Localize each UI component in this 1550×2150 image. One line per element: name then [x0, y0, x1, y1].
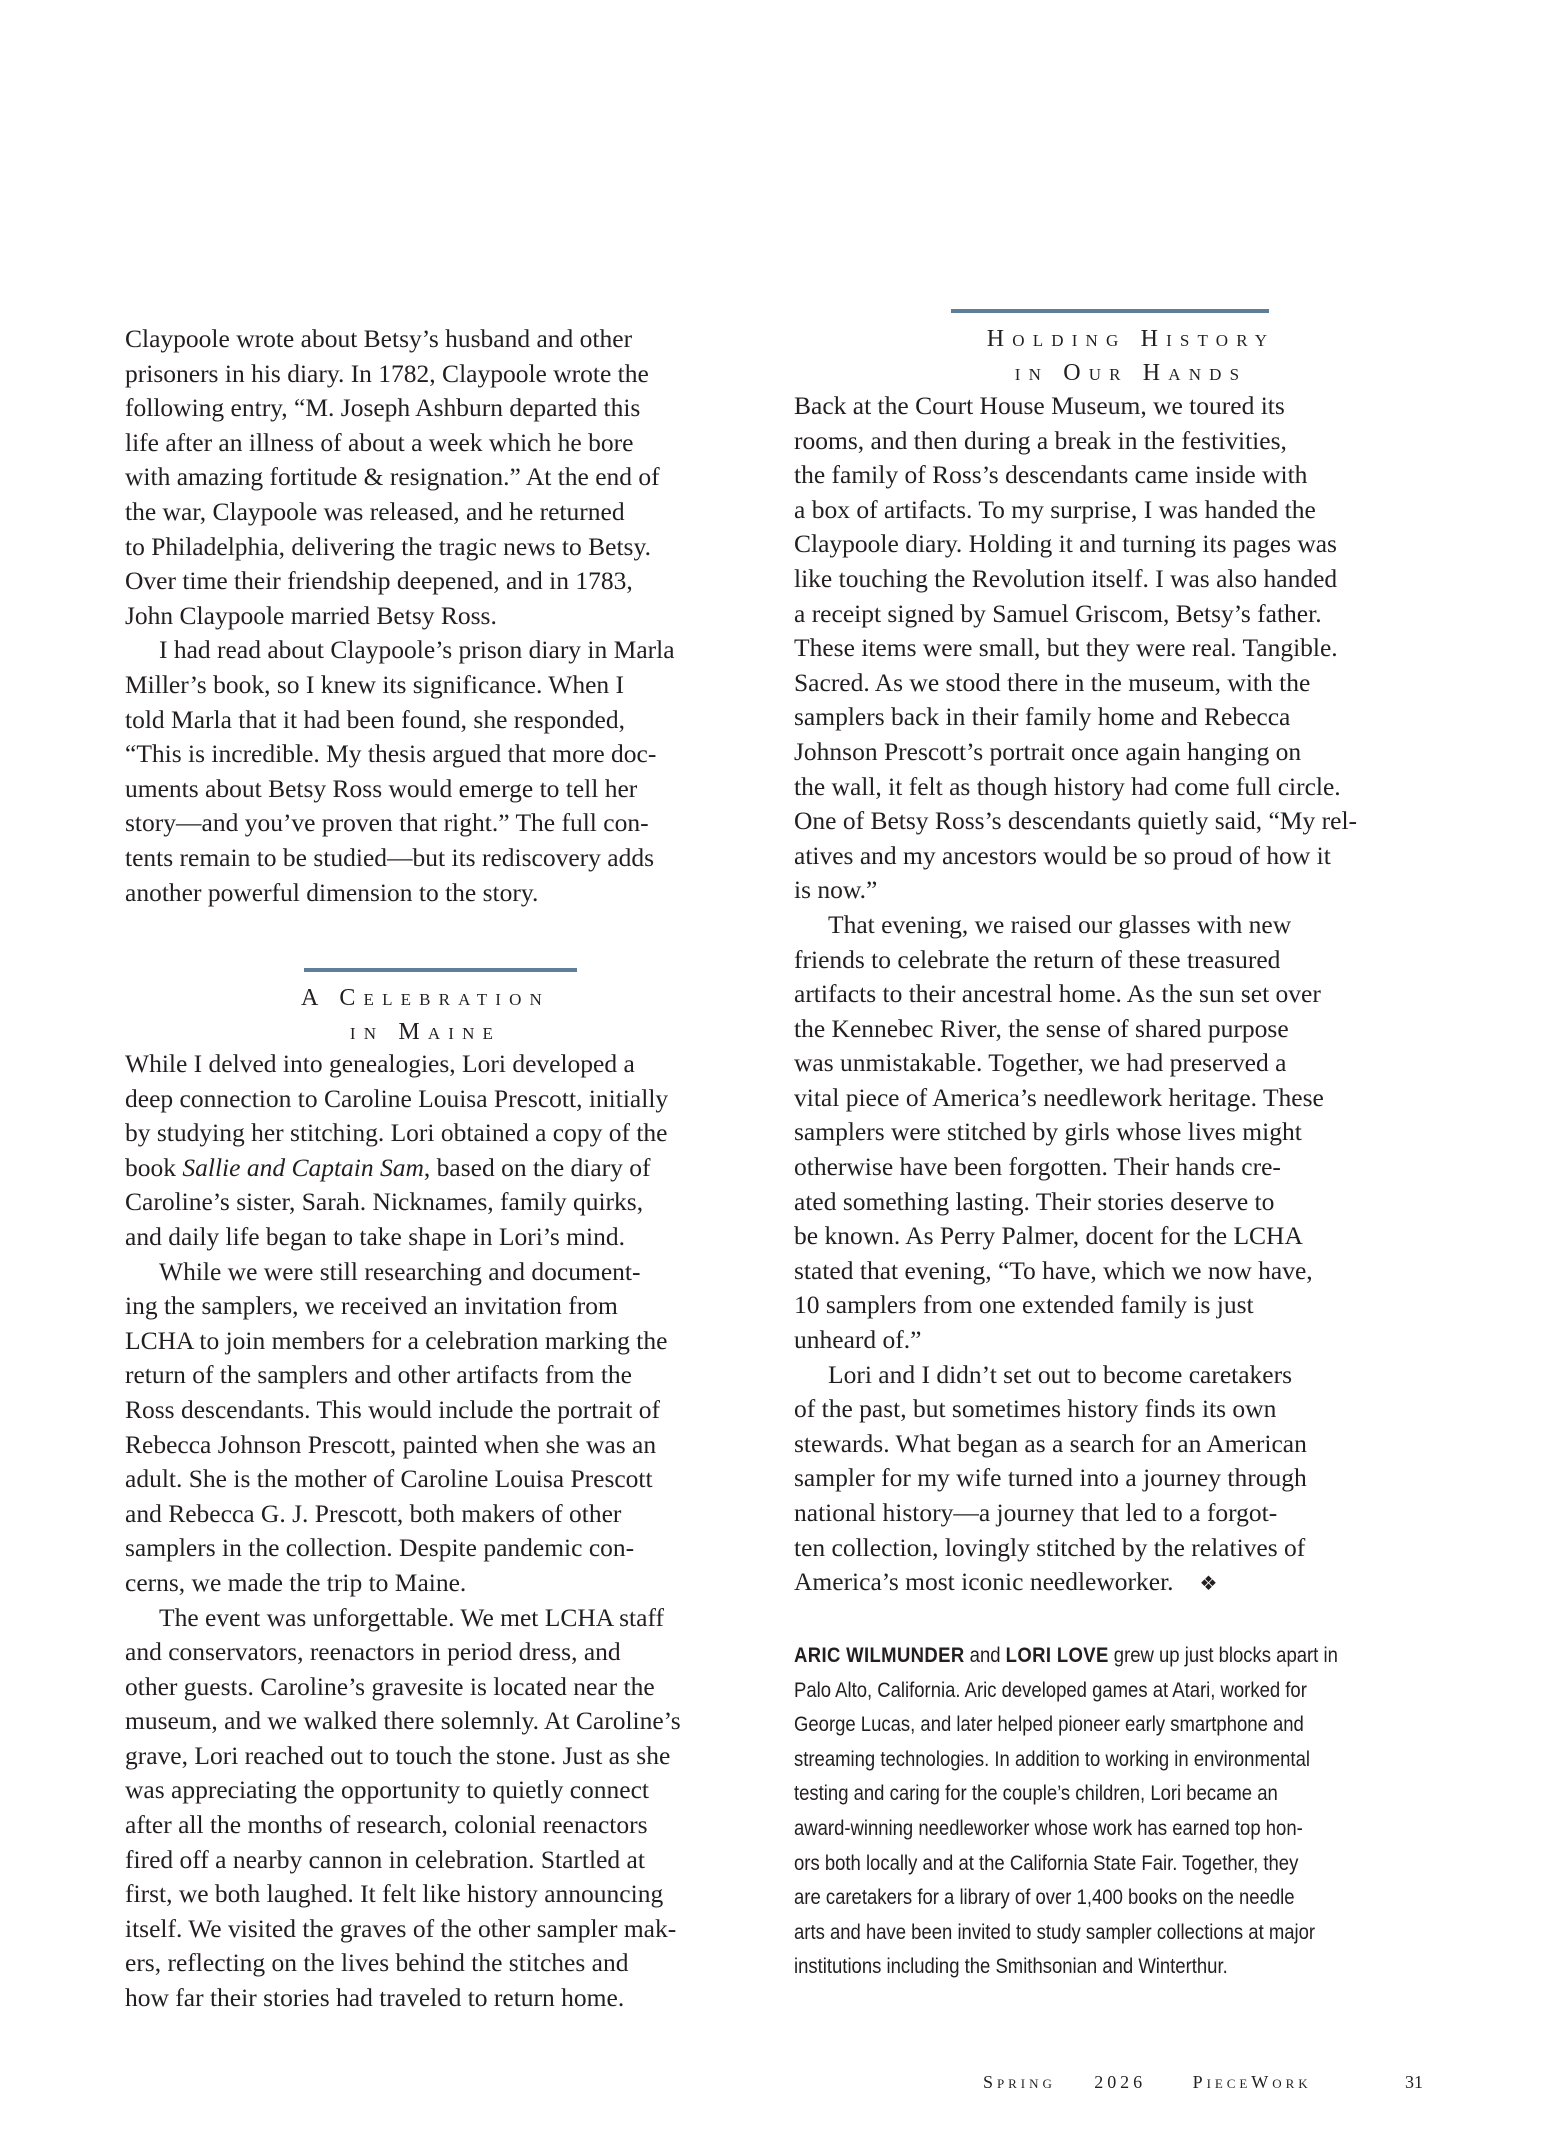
page-footer: Spring 2026 PieceWork 31	[983, 2072, 1312, 2093]
text-line: adult. She is the mother of Caroline Lou…	[125, 1462, 681, 1497]
heading-smallcaps: ur	[1089, 365, 1129, 384]
text-line: atives and my ancestors would be so prou…	[794, 839, 1357, 874]
heading-smallcaps: elebration	[364, 990, 550, 1009]
text-line: While we were still researching and docu…	[125, 1255, 681, 1290]
text-line: unheard of.”	[794, 1323, 1357, 1358]
text-line: Claypoole diary. Holding it and turning …	[794, 527, 1357, 562]
text-line: the family of Ross’s descendants came in…	[794, 458, 1357, 493]
text-line: I had read about Claypoole’s prison diar…	[125, 633, 675, 668]
text-line: cerns, we made the trip to Maine.	[125, 1566, 681, 1601]
left-paragraphs-bottom: While I delved into genealogies, Lori de…	[125, 1047, 681, 2016]
text-line: John Claypoole married Betsy Ross.	[125, 599, 675, 634]
text-line: ors both locally and at the California S…	[794, 1846, 1435, 1881]
text-line: artifacts to their ancestral home. As th…	[794, 977, 1357, 1012]
text-line: grave, Lori reached out to touch the sto…	[125, 1739, 681, 1774]
text-line: Rebecca Johnson Prescott, painted when s…	[125, 1428, 681, 1463]
text-line: ARIC WILMUNDER and LORI LOVE grew up jus…	[794, 1638, 1435, 1673]
text-line: Palo Alto, California. Aric developed ga…	[794, 1673, 1435, 1708]
text-line: vital piece of America’s needlework heri…	[794, 1081, 1357, 1116]
footer-initial: W	[1251, 2072, 1272, 2093]
text-line: ated something lasting. Their stories de…	[794, 1185, 1357, 1220]
text-line: institutions including the Smithsonian a…	[794, 1949, 1435, 1984]
section-heading-line-2: in Maine	[125, 1016, 712, 1050]
text-line: fired off a nearby cannon in celebration…	[125, 1843, 681, 1878]
text-line: One of Betsy Ross’s descendants quietly …	[794, 804, 1357, 839]
heading-rule	[951, 309, 1269, 313]
text-line: That evening, we raised our glasses with…	[794, 908, 1357, 943]
text-line: museum, and we walked there solemnly. At…	[125, 1704, 681, 1739]
paragraph: The event was unforgettable. We met LCHA…	[125, 1601, 681, 2016]
text-line: story—and you’ve proven that right.” The…	[125, 806, 675, 841]
footer-season: Spring	[983, 2072, 1056, 2093]
heading-smallcaps: ands	[1168, 365, 1247, 384]
left-paragraphs-top: Claypoole wrote about Betsy’s husband an…	[125, 322, 675, 910]
text-line: by studying her stitching. Lori obtained…	[125, 1116, 681, 1151]
text-line: rooms, and then during a break in the fe…	[794, 424, 1357, 459]
text-line: streaming technologies. In addition to w…	[794, 1742, 1435, 1777]
text-line: following entry, “M. Joseph Ashburn depa…	[125, 391, 675, 426]
text-line: a receipt signed by Samuel Griscom, Bets…	[794, 597, 1357, 632]
heading-rule	[304, 968, 577, 972]
text-line: sampler for my wife turned into a journe…	[794, 1461, 1357, 1496]
section-heading-celebration: A Celebration in Maine	[125, 968, 712, 1050]
text-line: While I delved into genealogies, Lori de…	[125, 1047, 681, 1082]
footer-year: 2026	[1094, 2072, 1146, 2093]
text-line: like touching the Revolution itself. I w…	[794, 562, 1357, 597]
section-heading-line-1: Holding History	[794, 323, 1434, 357]
heading-smallcaps: in	[1015, 365, 1049, 384]
text-line: be known. As Perry Palmer, docent for th…	[794, 1219, 1357, 1254]
paragraph: While we were still researching and docu…	[125, 1255, 681, 1601]
end-of-article-diamond-icon: ❖	[1200, 1573, 1218, 1595]
text-line: ers, reflecting on the lives behind the …	[125, 1946, 681, 1981]
heading-smallcaps: in	[350, 1024, 384, 1043]
text-line: ing the samplers, we received an invitat…	[125, 1289, 681, 1324]
text-line: are caretakers for a library of over 1,4…	[794, 1880, 1435, 1915]
text-line: return of the samplers and other artifac…	[125, 1358, 681, 1393]
text-line: Over time their friendship deepened, and…	[125, 564, 675, 599]
heading-initial: H	[1143, 360, 1169, 386]
text-line: friends to celebrate the return of these…	[794, 943, 1357, 978]
text-line: otherwise have been forgotten. Their han…	[794, 1150, 1357, 1185]
footer-smallcaps: iece	[1207, 2076, 1252, 2092]
text-line: to Philadelphia, delivering the tragic n…	[125, 530, 675, 565]
text-line: another powerful dimension to the story.	[125, 876, 675, 911]
text-line: the Kennebec River, the sense of shared …	[794, 1012, 1357, 1047]
footer-smallcaps: ork	[1272, 2076, 1311, 2092]
text-line: arts and have been invited to study samp…	[794, 1915, 1435, 1950]
heading-smallcaps: olding	[1012, 331, 1126, 350]
text-line: LCHA to join members for a celebration m…	[125, 1324, 681, 1359]
section-heading-line-1: A Celebration	[125, 982, 712, 1016]
text-line: was unmistakable. Together, we had prese…	[794, 1046, 1357, 1081]
text-line: stated that evening, “To have, which we …	[794, 1254, 1357, 1289]
text-line: first, we both laughed. It felt like his…	[125, 1877, 681, 1912]
text-line: Ross descendants. This would include the…	[125, 1393, 681, 1428]
heading-initial: M	[398, 1019, 428, 1045]
heading-initial: O	[1063, 360, 1089, 386]
text-line: Lori and I didn’t set out to become care…	[794, 1358, 1357, 1393]
text-line: Sacred. As we stood there in the museum,…	[794, 666, 1357, 701]
text-line: of the past, but sometimes history finds…	[794, 1392, 1357, 1427]
page-number: 31	[1405, 2072, 1423, 2093]
text-line: prisoners in his diary. In 1782, Claypoo…	[125, 357, 675, 392]
text-line: stewards. What began as a search for an …	[794, 1427, 1357, 1462]
text-line: and Rebecca G. J. Prescott, both makers …	[125, 1497, 681, 1532]
heading-word: A	[301, 985, 325, 1011]
paragraph: Claypoole wrote about Betsy’s husband an…	[125, 322, 675, 633]
footer-magazine-name: PieceWork	[1193, 2072, 1312, 2093]
section-heading-line-2: in Our Hands	[794, 357, 1434, 391]
text-line: Johnson Prescott’s portrait once again h…	[794, 735, 1357, 770]
text-line: samplers back in their family home and R…	[794, 700, 1357, 735]
text-line: deep connection to Caroline Louisa Presc…	[125, 1082, 681, 1117]
text-line: 10 samplers from one extended family is …	[794, 1288, 1357, 1323]
text-line: other guests. Caroline’s gravesite is lo…	[125, 1670, 681, 1705]
section-heading-holding-history: Holding History in Our Hands	[794, 309, 1434, 391]
text-line: and daily life began to take shape in Lo…	[125, 1220, 681, 1255]
text-line: the war, Claypoole was released, and he …	[125, 495, 675, 530]
text-line: national history—a journey that led to a…	[794, 1496, 1357, 1531]
text-line: “This is incredible. My thesis argued th…	[125, 737, 675, 772]
text-line: itself. We visited the graves of the oth…	[125, 1912, 681, 1947]
text-line: was appreciating the opportunity to quie…	[125, 1773, 681, 1808]
text-line: tents remain to be studied—but its redis…	[125, 841, 675, 876]
paragraph: Back at the Court House Museum, we toure…	[794, 389, 1357, 908]
text-run: America’s most iconic needleworker.	[794, 1567, 1174, 1596]
text-line: Caroline’s sister, Sarah. Nicknames, fam…	[125, 1185, 681, 1220]
text-line: is now.”	[794, 873, 1357, 908]
paragraph: While I delved into genealogies, Lori de…	[125, 1047, 681, 1255]
book-title: Sallie and Captain Sam	[182, 1153, 424, 1182]
text-run: , based on the diary of	[424, 1153, 651, 1182]
author-name: ARIC WILMUNDER	[794, 1643, 965, 1667]
text-line: Miller’s book, so I knew its significanc…	[125, 668, 675, 703]
text-line: Back at the Court House Museum, we toure…	[794, 389, 1357, 424]
text-line: These items were small, but they were re…	[794, 631, 1357, 666]
footer-initial: S	[983, 2072, 997, 2093]
footer-initial: P	[1193, 2072, 1207, 2093]
heading-initial: C	[339, 985, 363, 1011]
text-line: award-winning needleworker whose work ha…	[794, 1811, 1435, 1846]
text-line: samplers in the collection. Despite pand…	[125, 1531, 681, 1566]
text-line: book Sallie and Captain Sam, based on th…	[125, 1151, 681, 1186]
text-line: George Lucas, and later helped pioneer e…	[794, 1707, 1435, 1742]
heading-smallcaps: aine	[428, 1024, 501, 1043]
text-line: a box of artifacts. To my surprise, I wa…	[794, 493, 1357, 528]
right-paragraphs: Back at the Court House Museum, we toure…	[794, 389, 1357, 1600]
text-line: the wall, it felt as though history had …	[794, 770, 1357, 805]
text-line: The event was unforgettable. We met LCHA…	[125, 1601, 681, 1636]
text-line: testing and caring for the couple’s chil…	[794, 1776, 1435, 1811]
footer-smallcaps: pring	[997, 2076, 1056, 2092]
heading-initial: H	[1141, 326, 1167, 352]
author-name: LORI LOVE	[1006, 1643, 1109, 1667]
text-line: and conservators, reenactors in period d…	[125, 1635, 681, 1670]
text-run: grew up just blocks apart in	[1109, 1643, 1338, 1667]
author-bio: ARIC WILMUNDER and LORI LOVE grew up jus…	[794, 1638, 1435, 1984]
text-line: America’s most iconic needleworker.❖	[794, 1565, 1357, 1600]
text-line: ten collection, lovingly stitched by the…	[794, 1531, 1357, 1566]
text-line: samplers were stitched by girls whose li…	[794, 1115, 1357, 1150]
text-line: uments about Betsy Ross would emerge to …	[125, 772, 675, 807]
paragraph: Lori and I didn’t set out to become care…	[794, 1358, 1357, 1600]
text-line: told Marla that it had been found, she r…	[125, 703, 675, 738]
text-run: book	[125, 1153, 182, 1182]
text-line: Claypoole wrote about Betsy’s husband an…	[125, 322, 675, 357]
text-line: how far their stories had traveled to re…	[125, 1981, 681, 2016]
text-line: with amazing fortitude & resignation.” A…	[125, 460, 675, 495]
heading-smallcaps: istory	[1166, 331, 1275, 350]
heading-initial: H	[987, 326, 1013, 352]
paragraph: I had read about Claypoole’s prison diar…	[125, 633, 675, 910]
text-line: life after an illness of about a week wh…	[125, 426, 675, 461]
text-run: and	[965, 1643, 1006, 1667]
text-line: after all the months of research, coloni…	[125, 1808, 681, 1843]
paragraph: That evening, we raised our glasses with…	[794, 908, 1357, 1358]
